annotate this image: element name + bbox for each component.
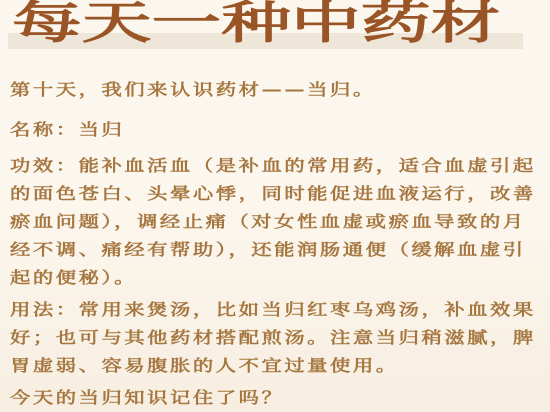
herb-poster: 每天一种中药材 第十天，我们来认识药材——当归。 名称：当归 功效：能补血活血（… [0, 0, 550, 412]
closing-line: 今天的当归知识记住了吗？ [10, 384, 550, 412]
efficacy-line-5: 起的便秘）。 [10, 264, 550, 292]
usage-line-3: 胃虚弱、容易腹胀的人不宜过量使用。 [10, 352, 550, 380]
poster-title: 每天一种中药材 [12, 0, 500, 45]
intro-paragraph: 第十天，我们来认识药材——当归。 [0, 76, 550, 104]
efficacy-paragraph: 功效：能补血活血（是补血的常用药，适合血虚引起 的面色苍白、头晕心悸，同时能促进… [0, 152, 550, 292]
intro-line: 第十天，我们来认识药材——当归。 [10, 76, 550, 104]
efficacy-line-4: 经不调、痛经有帮助），还能润肠通便（缓解血虚引 [10, 236, 550, 264]
efficacy-line-3: 瘀血问题），调经止痛（对女性血虚或瘀血导致的月 [10, 208, 550, 236]
usage-line-2: 好；也可与其他药材搭配煎汤。注意当归稍滋腻，脾 [10, 324, 550, 352]
usage-paragraph: 用法：常用来煲汤，比如当归红枣乌鸡汤，补血效果 好；也可与其他药材搭配煎汤。注意… [0, 296, 550, 380]
name-line: 名称：当归 [10, 116, 550, 144]
name-paragraph: 名称：当归 [0, 116, 550, 144]
closing-paragraph: 今天的当归知识记住了吗？ [0, 384, 550, 412]
poster-content: 第十天，我们来认识药材——当归。 名称：当归 功效：能补血活血（是补血的常用药，… [0, 50, 550, 412]
usage-line-1: 用法：常用来煲汤，比如当归红枣乌鸡汤，补血效果 [10, 296, 550, 324]
poster-header: 每天一种中药材 [0, 0, 550, 50]
efficacy-line-1: 功效：能补血活血（是补血的常用药，适合血虚引起 [10, 152, 550, 180]
efficacy-line-2: 的面色苍白、头晕心悸，同时能促进血液运行，改善 [10, 180, 550, 208]
